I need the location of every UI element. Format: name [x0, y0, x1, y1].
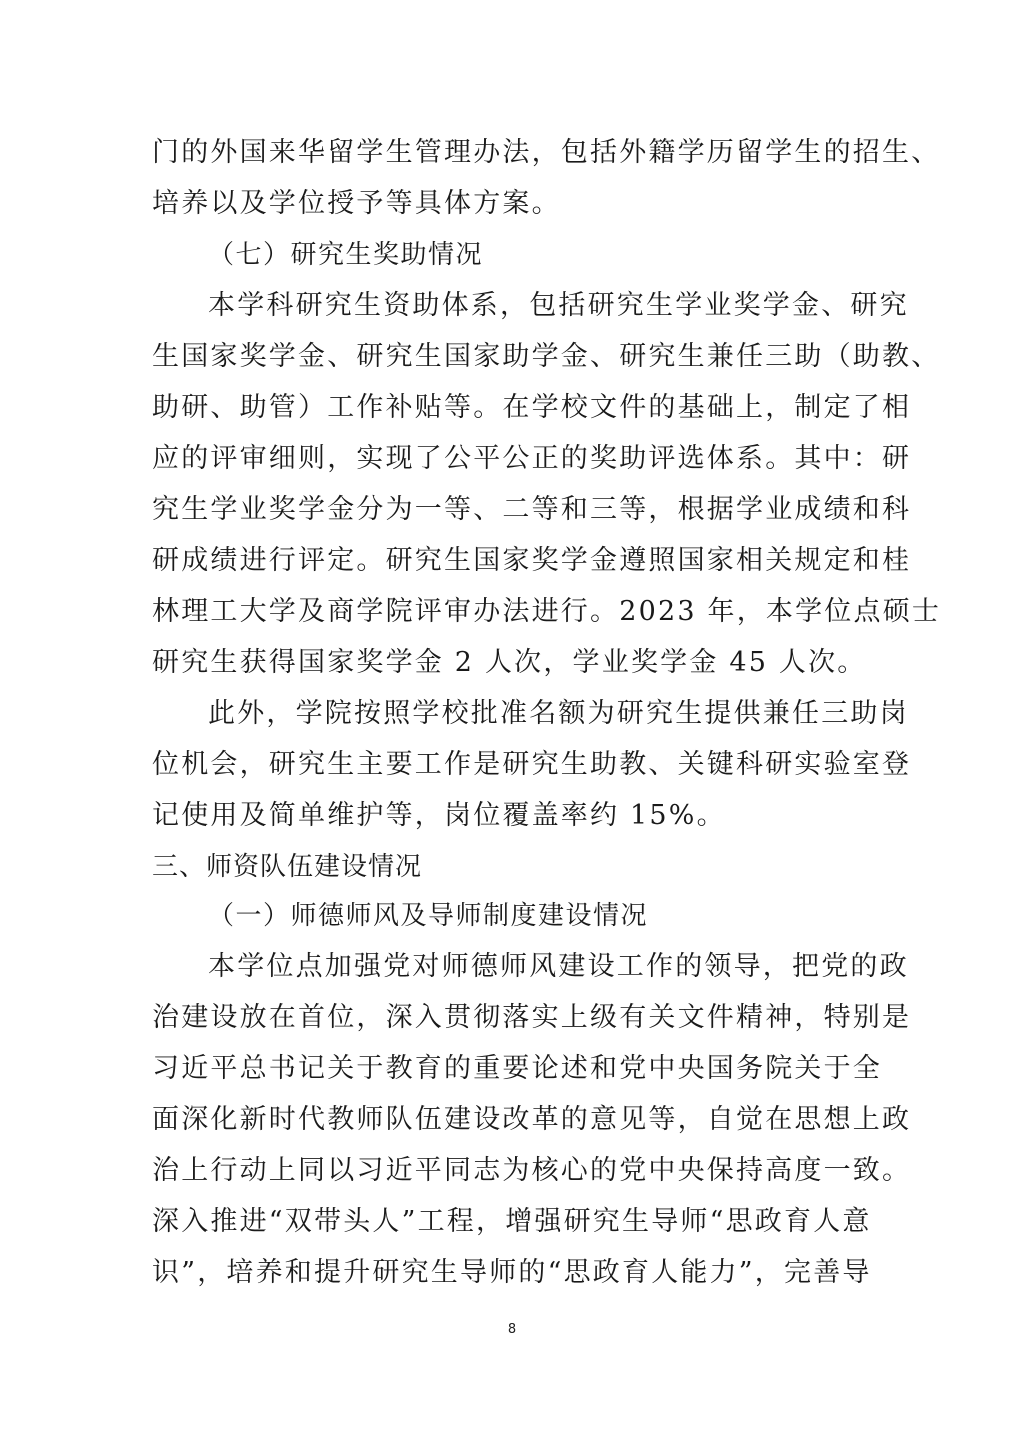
body-text-line: 本学位点加强党对师德师风建设工作的领导，把党的政 [208, 947, 909, 987]
body-text-line: 本学科研究生资助体系，包括研究生学业奖学金、研究 [208, 286, 909, 326]
body-text-line: 研成绩进行评定。研究生国家奖学金遵照国家相关规定和桂 [152, 541, 911, 581]
section-heading: （一）师德师风及导师制度建设情况 [208, 896, 648, 936]
section-heading: （七）研究生奖助情况 [208, 235, 483, 275]
body-text-line: 深入推进“双带头人”工程，增强研究生导师“思政育人意 [152, 1202, 872, 1242]
body-text-line: 识”，培养和提升研究生导师的“思政育人能力”，完善导 [152, 1253, 872, 1293]
body-text-line: 究生学业奖学金分为一等、二等和三等，根据学业成绩和科 [152, 490, 911, 530]
body-text-line: 应的评审细则，实现了公平公正的奖助评选体系。其中：研 [152, 439, 911, 479]
body-text-line: 培养以及学位授予等具体方案。 [152, 184, 561, 224]
body-text-line: 研究生获得国家奖学金 2 人次，学业奖学金 45 人次。 [152, 643, 866, 683]
body-text-line: 生国家奖学金、研究生国家助学金、研究生兼任三助（助教、 [152, 337, 940, 377]
body-text-line: 门的外国来华留学生管理办法，包括外籍学历留学生的招生、 [152, 133, 940, 173]
body-text-line: 此外，学院按照学校批准名额为研究生提供兼任三助岗 [208, 694, 909, 734]
chapter-heading: 三、师资队伍建设情况 [152, 847, 422, 887]
body-text-line: 治建设放在首位，深入贯彻落实上级有关文件精神，特别是 [152, 998, 911, 1038]
page-number: 8 [0, 1322, 1024, 1337]
body-text-line: 助研、助管）工作补贴等。在学校文件的基础上，制定了相 [152, 388, 911, 428]
body-text-line: 林理工大学及商学院评审办法进行。2023 年，本学位点硕士 [152, 592, 941, 632]
body-text-line: 治上行动上同以习近平同志为核心的党中央保持高度一致。 [152, 1151, 911, 1191]
body-text-line: 面深化新时代教师队伍建设改革的意见等，自觉在思想上政 [152, 1100, 911, 1140]
body-text-line: 记使用及简单维护等，岗位覆盖率约 15%。 [152, 796, 726, 836]
body-text-line: 位机会，研究生主要工作是研究生助教、关键科研实验室登 [152, 745, 911, 785]
body-text-line: 习近平总书记关于教育的重要论述和党中央国务院关于全 [152, 1049, 882, 1089]
